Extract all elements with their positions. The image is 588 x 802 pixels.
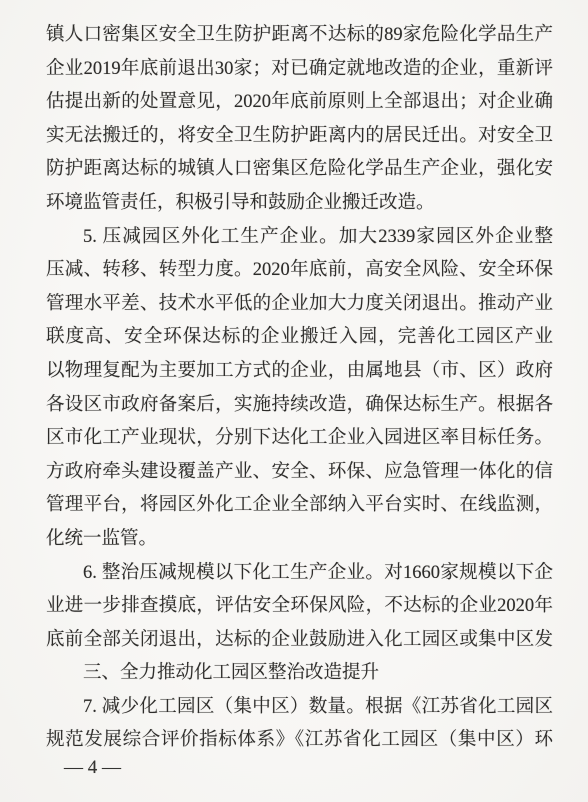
text-line: 管理平台，将园区外化工企业全部纳入平台实时、在线监测，强 — [46, 489, 553, 523]
text-line: 方政府牵头建设覆盖产业、安全、环保、应急管理一体化的信息 — [46, 456, 553, 490]
text-line: 实无法搬迁的，将安全卫生防护距离内的居民迁出。对安全卫生 — [46, 120, 553, 154]
text-line: 规范发展综合评价指标体系》《江苏省化工园区（集中区）环境 — [46, 724, 553, 758]
text-line: 企业2019年底前退出30家；对已确定就地改造的企业，重新评 — [46, 53, 553, 87]
text-line: 底前全部关闭退出，达标的企业鼓励进入化工园区或集中区发展。 — [46, 624, 553, 658]
text-line: 各设区市政府备案后，实施持续改造，确保达标生产。根据各设 — [46, 389, 553, 423]
paragraph-start-line: 7. 减少化工园区（集中区）数量。根据《江苏省化工园区 — [46, 691, 553, 725]
text-line: 管理水平差、技术水平低的企业加大力度关闭退出。推动产业关 — [46, 288, 553, 322]
paragraph-start-line: 6. 整治压减规模以下化工生产企业。对1660家规模以下企 — [46, 557, 553, 591]
document-body: 镇人口密集区安全卫生防护距离不达标的89家危险化学品生产 企业2019年底前退出… — [46, 19, 553, 758]
text-line: 业进一步排查摸底，评估安全环保风险，不达标的企业2020年 — [46, 590, 553, 624]
text-line: 联度高、安全环保达标的企业搬迁入园，完善化工园区产业链。 — [46, 321, 553, 355]
text-line: 压减、转移、转型力度。2020年底前，高安全风险、安全环保 — [46, 254, 553, 288]
section-heading-line: 三、全力推动化工园区整治改造提升 — [46, 657, 553, 691]
paragraph-start-line: 5. 压减园区外化工生产企业。加大2339家园区外企业整治、 — [46, 221, 553, 255]
text-line: 估提出新的处置意见，2020年底前原则上全部退出；对企业确 — [46, 86, 553, 120]
document-page: 镇人口密集区安全卫生防护距离不达标的89家危险化学品生产 企业2019年底前退出… — [0, 0, 588, 802]
text-line: 化统一监管。 — [46, 523, 553, 557]
text-line: 以物理复配为主要加工方式的企业，由属地县（市、区）政府报 — [46, 355, 553, 389]
page-number: — 4 — — [64, 756, 121, 780]
text-line: 防护距离达标的城镇人口密集区危险化学品生产企业，强化安全 — [46, 153, 553, 187]
text-line: 环境监管责任，积极引导和鼓励企业搬迁改造。 — [46, 187, 553, 221]
text-line: 镇人口密集区安全卫生防护距离不达标的89家危险化学品生产 — [46, 19, 553, 53]
text-line: 区市化工产业现状，分别下达化工企业入园进区率目标任务。地 — [46, 422, 553, 456]
